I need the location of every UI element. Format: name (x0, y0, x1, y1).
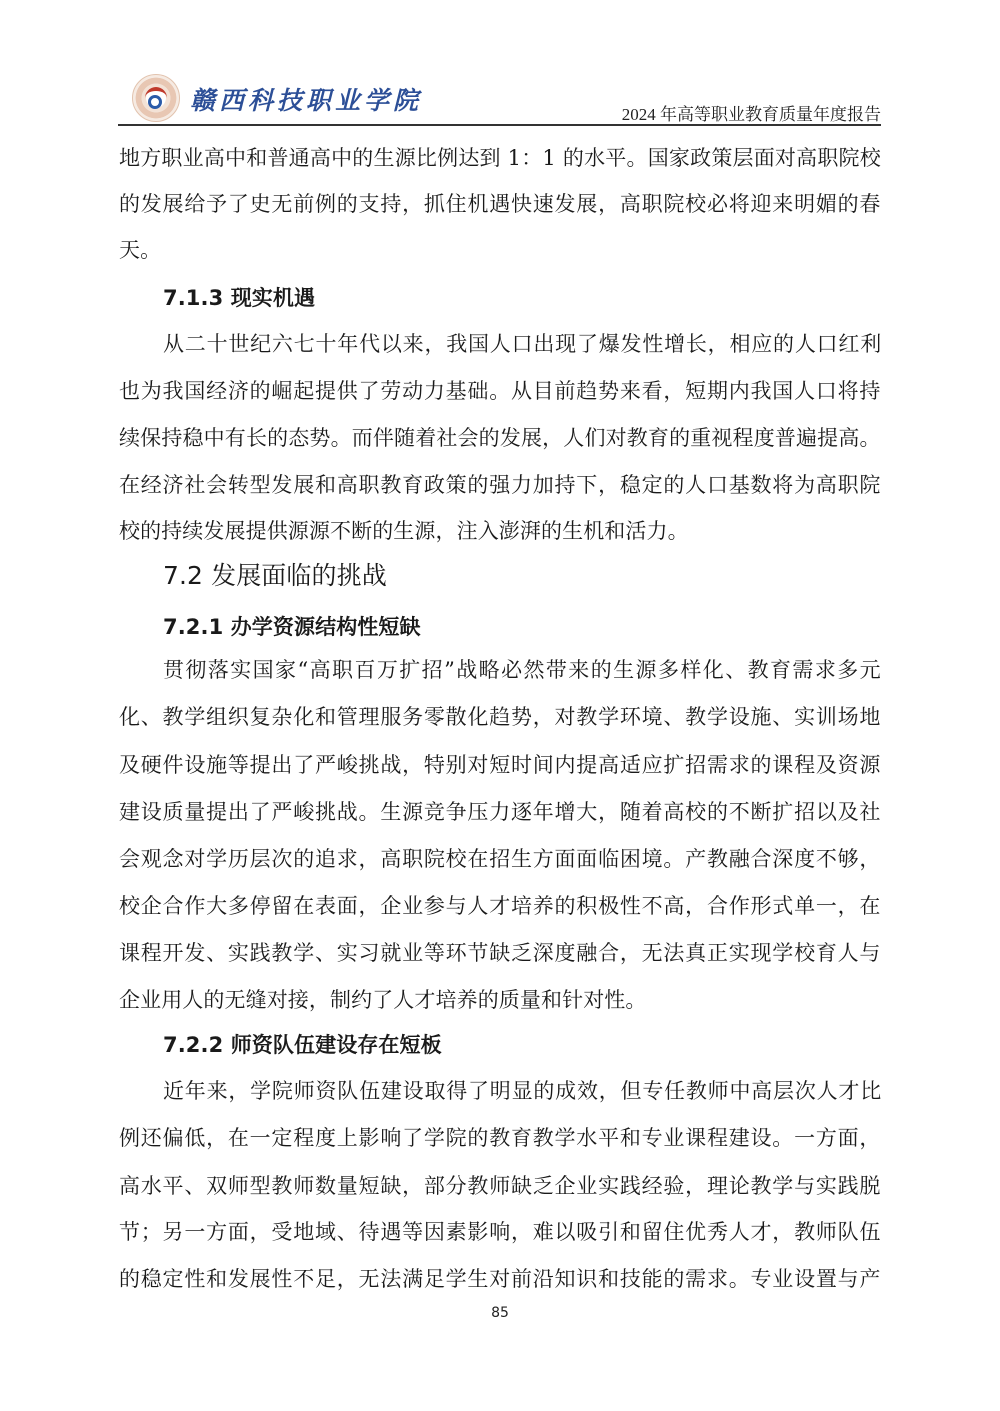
header-rule (118, 124, 881, 126)
college-emblem-icon (132, 74, 180, 122)
paragraph-line: 也为我国经济的崛起提供了劳动力基础。从目前趋势来看，短期内我国人口将持 (119, 376, 881, 406)
emblem-g-shape (148, 95, 162, 109)
college-name: 赣西科技职业学院 (190, 81, 422, 117)
paragraph-line: 地方职业高中和普通高中的生源比例达到 1：1 的水平。国家政策层面对高职院校 (119, 143, 881, 173)
paragraph-line: 校企合作大多停留在表面，企业参与人才培养的积极性不高，合作形式单一，在 (119, 891, 881, 921)
paragraph-line: 建设质量提出了严峻挑战。生源竞争压力逐年增大，随着高校的不断扩招以及社 (119, 797, 881, 827)
paragraph-line: 化、教学组织复杂化和管理服务零散化趋势，对教学环境、教学设施、实训场地 (119, 702, 881, 732)
paragraph-line: 续保持稳中有长的态势。而伴随着社会的发展，人们对教育的重视程度普遍提高。 (119, 423, 881, 453)
paragraph-line: 天。 (119, 235, 161, 265)
report-title: 2024 年高等职业教育质量年度报告 (622, 100, 881, 125)
paragraph-line: 节；另一方面，受地域、待遇等因素影响，难以吸引和留住优秀人才，教师队伍 (119, 1217, 881, 1247)
paragraph-line: 校的持续发展提供源源不断的生源，注入澎湃的生机和活力。 (119, 516, 689, 546)
paragraph-line: 企业用人的无缝对接，制约了人才培养的质量和针对性。 (119, 985, 647, 1015)
paragraph-line: 例还偏低，在一定程度上影响了学院的教育教学水平和专业课程建设。一方面， (119, 1123, 881, 1153)
paragraph-first-line: 从二十世纪六七十年代以来，我国人口出现了爆发性增长，相应的人口红利 (163, 329, 882, 359)
paragraph-line: 的发展给予了史无前例的支持，抓住机遇快速发展，高职院校必将迎来明媚的春 (119, 189, 881, 219)
paragraph-line: 及硬件设施等提出了严峻挑战，特别对短时间内提高适应扩招需求的课程及资源 (119, 750, 881, 780)
page-header: 赣西科技职业学院 2024 年高等职业教育质量年度报告 (118, 64, 881, 126)
paragraph-line: 会观念对学历层次的追求，高职院校在招生方面面临困境。产教融合深度不够， (119, 844, 881, 874)
paragraph-first-line: 近年来，学院师资队伍建设取得了明显的成效，但专任教师中高层次人才比 (163, 1076, 882, 1106)
subsection-heading: 7.2.1 办学资源结构性短缺 (163, 612, 421, 642)
paragraph-line: 在经济社会转型发展和高职教育政策的强力加持下，稳定的人口基数将为高职院 (119, 470, 881, 500)
paragraph-line: 高水平、双师型教师数量短缺，部分教师缺乏企业实践经验，理论教学与实践脱 (119, 1171, 881, 1201)
page-number: 85 (0, 1305, 1000, 1321)
subsection-heading: 7.1.3 现实机遇 (163, 283, 315, 313)
paragraph-line: 的稳定性和发展性不足，无法满足学生对前沿知识和技能的需求。专业设置与产 (119, 1264, 881, 1294)
section-heading: 7.2 发展面临的挑战 (163, 561, 387, 591)
subsection-heading: 7.2.2 师资队伍建设存在短板 (163, 1030, 442, 1060)
paragraph-first-line: 贯彻落实国家“高职百万扩招”战略必然带来的生源多样化、教育需求多元 (163, 655, 882, 685)
paragraph-line: 课程开发、实践教学、实习就业等环节缺乏深度融合，无法真正实现学校育人与 (119, 938, 881, 968)
